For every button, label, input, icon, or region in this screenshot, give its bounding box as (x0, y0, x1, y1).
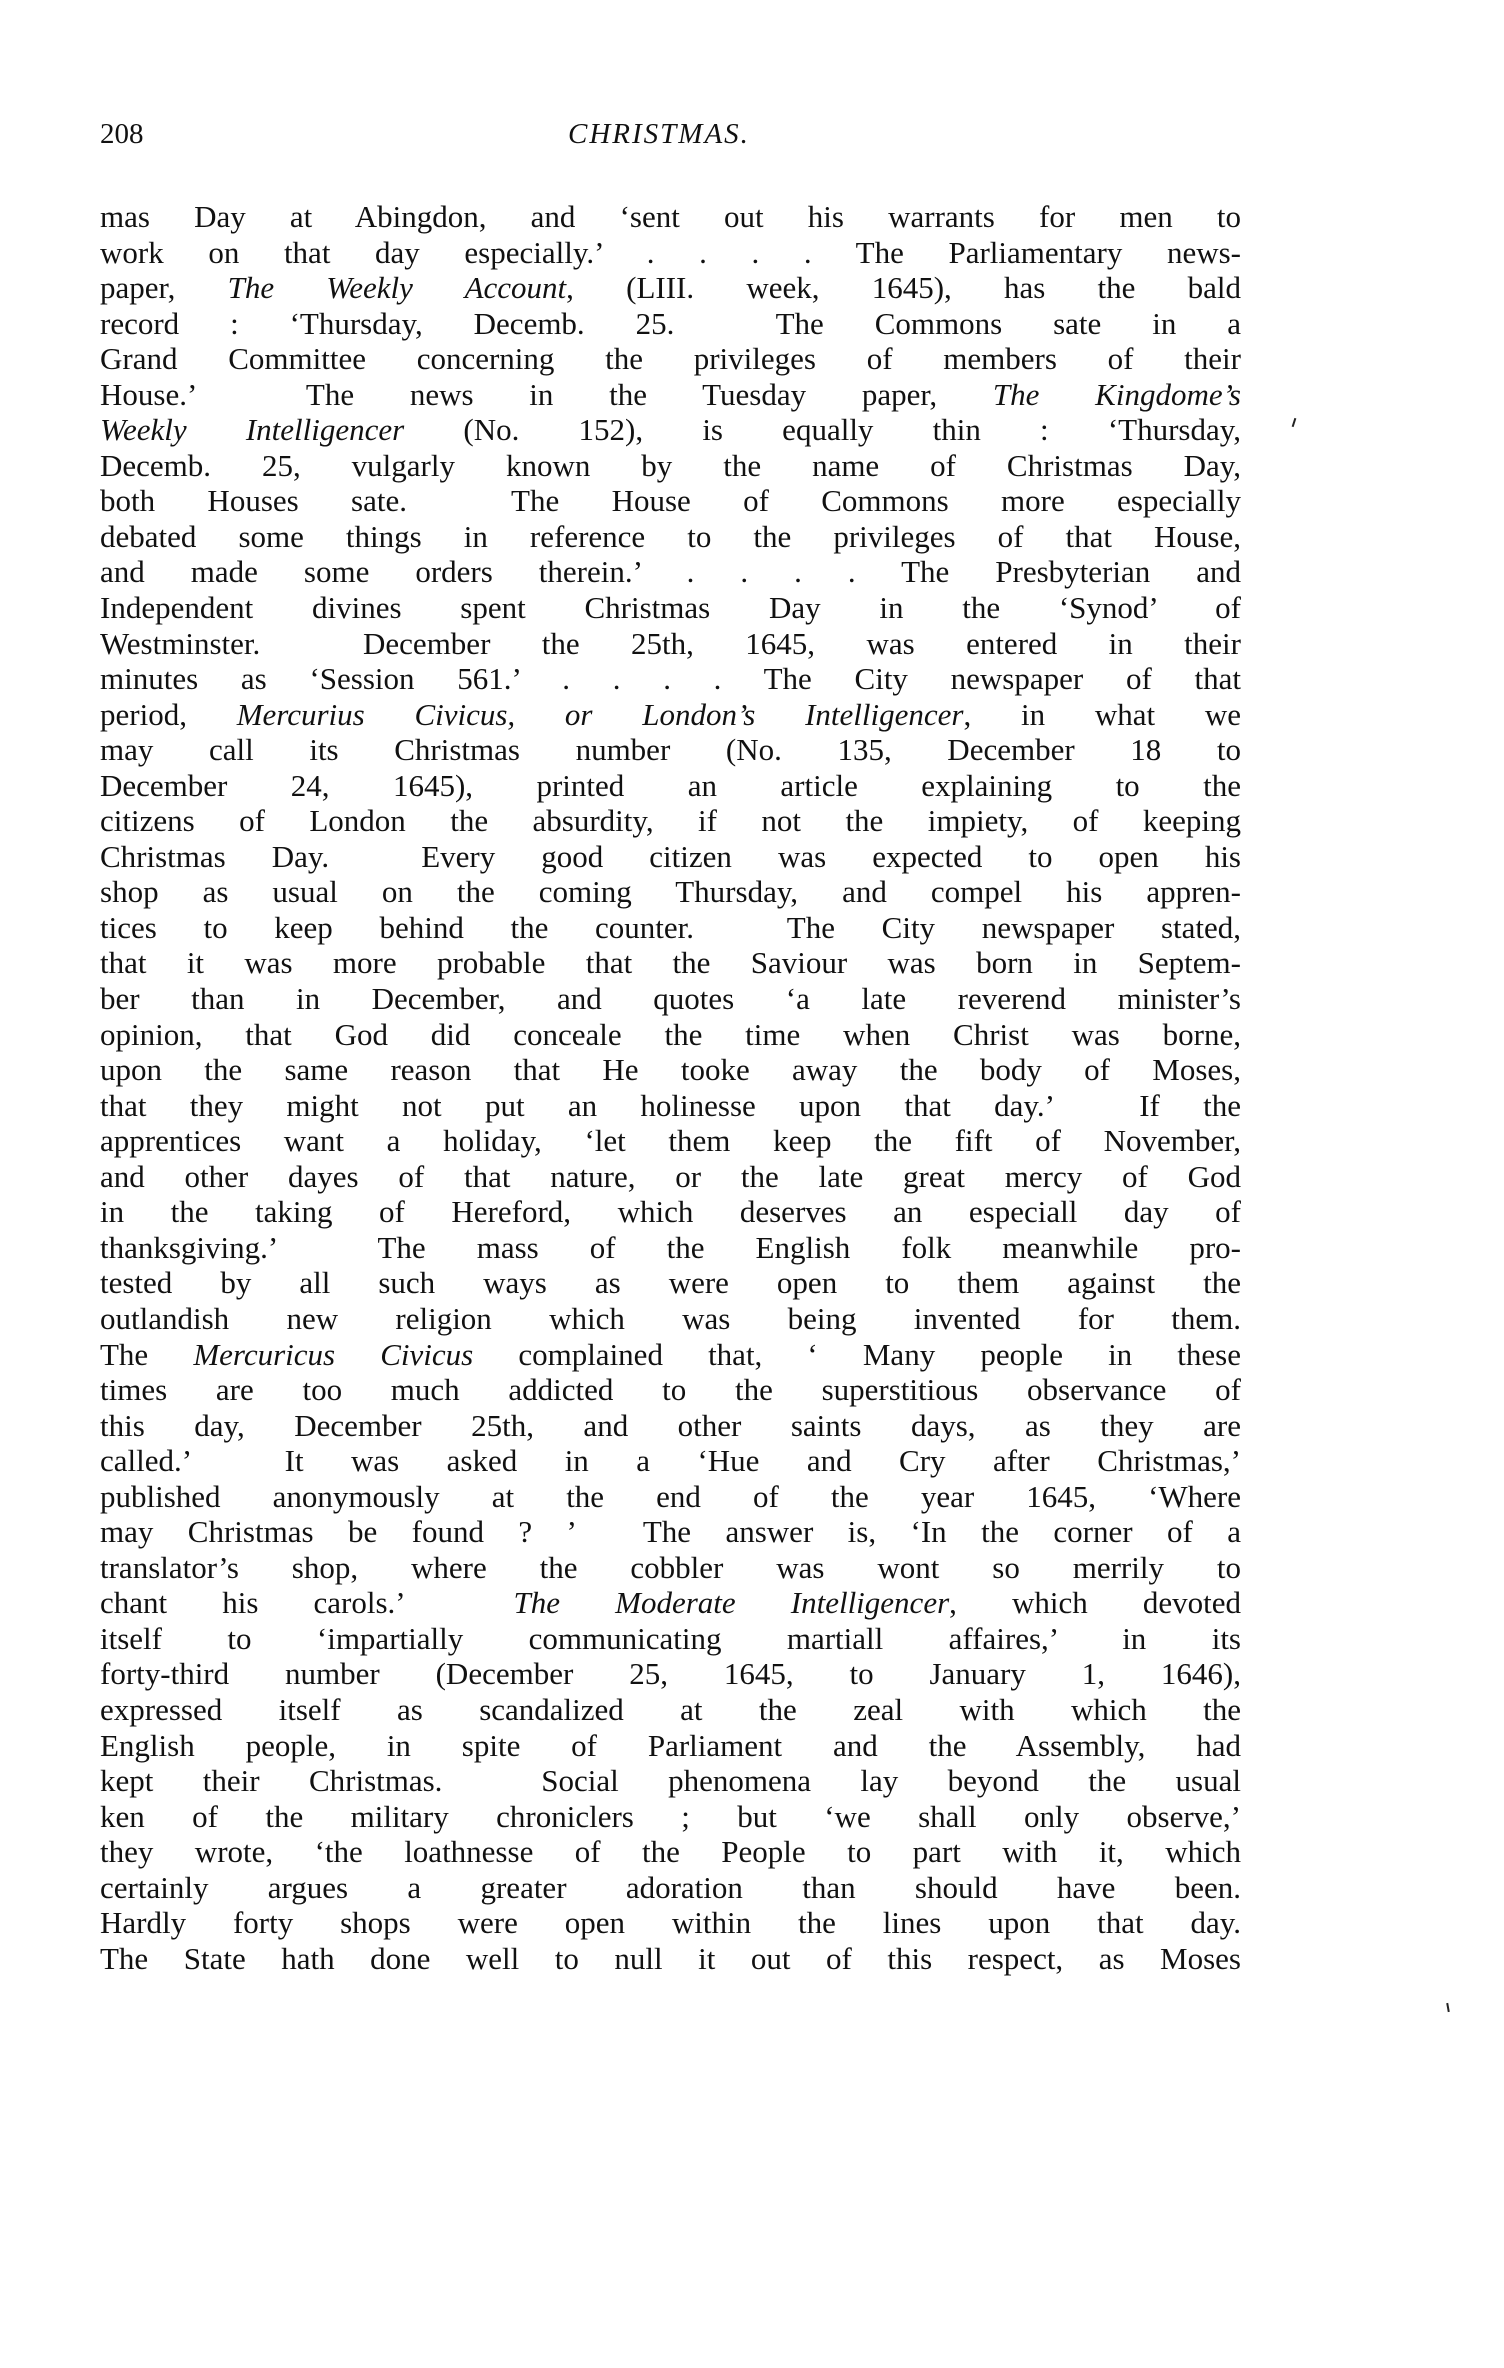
text-segment: opinion, that God did conceale the time … (100, 1017, 1241, 1052)
text-segment: citizens of London the absurdity, if not… (100, 803, 1241, 838)
text-line: ken of the military chroniclers ; but ‘w… (100, 1799, 1241, 1835)
text-segment: tices to keep behind the counter. The Ci… (100, 910, 1241, 945)
text-segment: shop as usual on the coming Thursday, an… (100, 874, 1241, 909)
running-head: 208 CHRISTMAS. (100, 114, 1241, 154)
text-line: that it was more probable that the Savio… (100, 945, 1241, 981)
italic-title: The Moderate Intelligencer (514, 1585, 950, 1620)
text-segment: chant his carols.’ (100, 1585, 514, 1620)
text-line: may call its Christmas number (No. 135, … (100, 732, 1241, 768)
text-line: period, Mercurius Civicus, or London’s I… (100, 697, 1241, 733)
book-page: 208 CHRISTMAS. mas Day at Abingdon, and … (0, 0, 1504, 2368)
text-segment: upon the same reason that He tooke away … (100, 1052, 1241, 1087)
text-segment: apprentices want a holiday, ‘let them ke… (100, 1123, 1241, 1158)
text-segment: may Christmas be found ? ’ The answer is… (100, 1514, 1241, 1549)
text-line: English people, in spite of Parliament a… (100, 1728, 1241, 1764)
text-segment: they wrote, ‘the loathnesse of the Peopl… (100, 1834, 1241, 1869)
text-segment: English people, in spite of Parliament a… (100, 1728, 1241, 1763)
text-segment: , (LIII. week, 1645), has the bald (566, 270, 1241, 305)
text-segment: minutes as ‘Session 561.’ . . . . The Ci… (100, 661, 1241, 696)
text-segment: complained that, ‘ Many people in these (473, 1337, 1241, 1372)
text-segment: Hardly forty shops were open within the … (100, 1905, 1241, 1940)
text-line: tested by all such ways as were open to … (100, 1265, 1241, 1301)
text-line: kept their Christmas. Social phenomena l… (100, 1763, 1241, 1799)
text-segment: record : ‘Thursday, Decemb. 25. The Comm… (100, 306, 1241, 341)
text-segment: may call its Christmas number (No. 135, … (100, 732, 1241, 767)
italic-title: The Weekly Account (228, 270, 567, 305)
text-segment: certainly argues a greater adoration tha… (100, 1870, 1241, 1905)
text-segment: The (100, 1337, 193, 1372)
text-segment: outlandish new religion which was being … (100, 1301, 1241, 1336)
text-line: chant his carols.’ The Moderate Intellig… (100, 1585, 1241, 1621)
text-segment: , which devoted (949, 1585, 1241, 1620)
text-segment: ken of the military chroniclers ; but ‘w… (100, 1799, 1241, 1834)
text-segment: December 24, 1645), printed an article e… (100, 768, 1241, 803)
text-line: itself to ‘impartially communicating mar… (100, 1621, 1241, 1657)
text-line: opinion, that God did conceale the time … (100, 1017, 1241, 1053)
text-line: they wrote, ‘the loathnesse of the Peopl… (100, 1834, 1241, 1870)
text-line: and made some orders therein.’ . . . . T… (100, 554, 1241, 590)
text-segment: Decemb. 25, vulgarly known by the name o… (100, 448, 1241, 483)
body-text: mas Day at Abingdon, and ‘sent out his w… (100, 199, 1241, 1976)
text-segment: The State hath done well to null it out … (100, 1941, 1241, 1976)
text-line: Hardly forty shops were open within the … (100, 1905, 1241, 1941)
text-line: called.’ It was asked in a ‘Hue and Cry … (100, 1443, 1241, 1479)
text-line: debated some things in reference to the … (100, 519, 1241, 555)
text-line: thanksgiving.’ The mass of the English f… (100, 1230, 1241, 1266)
text-line: forty-third number (December 25, 1645, t… (100, 1656, 1241, 1692)
text-line: record : ‘Thursday, Decemb. 25. The Comm… (100, 306, 1241, 342)
text-segment: tested by all such ways as were open to … (100, 1265, 1241, 1300)
text-segment: this day, December 25th, and other saint… (100, 1408, 1241, 1443)
text-line: The State hath done well to null it out … (100, 1941, 1241, 1977)
text-segment: published anonymously at the end of the … (100, 1479, 1241, 1514)
text-line: may Christmas be found ? ’ The answer is… (100, 1514, 1241, 1550)
text-segment: House.’ The news in the Tuesday paper, (100, 377, 993, 412)
text-segment: (No. 152), is equally thin : ‘Thursday, (404, 412, 1241, 447)
text-segment: and other dayes of that nature, or the l… (100, 1159, 1241, 1194)
text-segment: that it was more probable that the Savio… (100, 945, 1241, 980)
italic-title: Mercurius Civicus, or London’s Intellige… (237, 697, 964, 732)
text-segment: work on that day especially.’ . . . . Th… (100, 235, 1241, 270)
text-line: mas Day at Abingdon, and ‘sent out his w… (100, 199, 1241, 235)
text-line: Independent divines spent Christmas Day … (100, 590, 1241, 626)
text-line: paper, The Weekly Account, (LIII. week, … (100, 270, 1241, 306)
text-segment: itself to ‘impartially communicating mar… (100, 1621, 1241, 1656)
running-title: CHRISTMAS. (568, 114, 750, 154)
text-segment: , in what we (963, 697, 1241, 732)
text-line: December 24, 1645), printed an article e… (100, 768, 1241, 804)
text-line: both Houses sate. The House of Commons m… (100, 483, 1241, 519)
text-segment: in the taking of Hereford, which deserve… (100, 1194, 1241, 1229)
margin-mark (1446, 2003, 1450, 2012)
text-line: minutes as ‘Session 561.’ . . . . The Ci… (100, 661, 1241, 697)
text-segment: Westminster. December the 25th, 1645, wa… (100, 626, 1241, 661)
margin-mark (1292, 418, 1297, 427)
text-segment: translator’s shop, where the cobbler was… (100, 1550, 1241, 1585)
text-line: Grand Committee concerning the privilege… (100, 341, 1241, 377)
text-line: ber than in December, and quotes ‘a late… (100, 981, 1241, 1017)
italic-title: Weekly Intelligencer (100, 412, 404, 447)
text-line: House.’ The news in the Tuesday paper, T… (100, 377, 1241, 413)
text-line: certainly argues a greater adoration tha… (100, 1870, 1241, 1906)
text-line: in the taking of Hereford, which deserve… (100, 1194, 1241, 1230)
text-segment: thanksgiving.’ The mass of the English f… (100, 1230, 1241, 1265)
text-line: and other dayes of that nature, or the l… (100, 1159, 1241, 1195)
text-line: apprentices want a holiday, ‘let them ke… (100, 1123, 1241, 1159)
text-segment: both Houses sate. The House of Commons m… (100, 483, 1241, 518)
text-line: Weekly Intelligencer (No. 152), is equal… (100, 412, 1241, 448)
text-line: published anonymously at the end of the … (100, 1479, 1241, 1515)
text-segment: forty-third number (December 25, 1645, t… (100, 1656, 1241, 1691)
text-line: Decemb. 25, vulgarly known by the name o… (100, 448, 1241, 484)
text-segment: Independent divines spent Christmas Day … (100, 590, 1241, 625)
text-segment: called.’ It was asked in a ‘Hue and Cry … (100, 1443, 1241, 1478)
italic-title: Mercuricus Civicus (193, 1337, 473, 1372)
text-line: tices to keep behind the counter. The Ci… (100, 910, 1241, 946)
text-line: this day, December 25th, and other saint… (100, 1408, 1241, 1444)
text-line: that they might not put an holinesse upo… (100, 1088, 1241, 1124)
text-segment: mas Day at Abingdon, and ‘sent out his w… (100, 199, 1241, 234)
text-line: Westminster. December the 25th, 1645, wa… (100, 626, 1241, 662)
text-segment: ber than in December, and quotes ‘a late… (100, 981, 1241, 1016)
text-segment: and made some orders therein.’ . . . . T… (100, 554, 1241, 589)
text-line: Christmas Day. Every good citizen was ex… (100, 839, 1241, 875)
italic-title: The Kingdome’s (993, 377, 1241, 412)
text-line: upon the same reason that He tooke away … (100, 1052, 1241, 1088)
text-segment: expressed itself as scandalized at the z… (100, 1692, 1241, 1727)
text-line: expressed itself as scandalized at the z… (100, 1692, 1241, 1728)
text-segment: Christmas Day. Every good citizen was ex… (100, 839, 1241, 874)
text-segment: kept their Christmas. Social phenomena l… (100, 1763, 1241, 1798)
text-line: shop as usual on the coming Thursday, an… (100, 874, 1241, 910)
text-segment: that they might not put an holinesse upo… (100, 1088, 1241, 1123)
text-segment: period, (100, 697, 237, 732)
text-line: citizens of London the absurdity, if not… (100, 803, 1241, 839)
text-line: The Mercuricus Civicus complained that, … (100, 1337, 1241, 1373)
text-segment: times are too much addicted to the super… (100, 1372, 1241, 1407)
page-number: 208 (100, 114, 144, 154)
text-segment: debated some things in reference to the … (100, 519, 1241, 554)
text-line: outlandish new religion which was being … (100, 1301, 1241, 1337)
text-line: work on that day especially.’ . . . . Th… (100, 235, 1241, 271)
text-line: times are too much addicted to the super… (100, 1372, 1241, 1408)
text-segment: paper, (100, 270, 228, 305)
text-segment: Grand Committee concerning the privilege… (100, 341, 1241, 376)
text-line: translator’s shop, where the cobbler was… (100, 1550, 1241, 1586)
